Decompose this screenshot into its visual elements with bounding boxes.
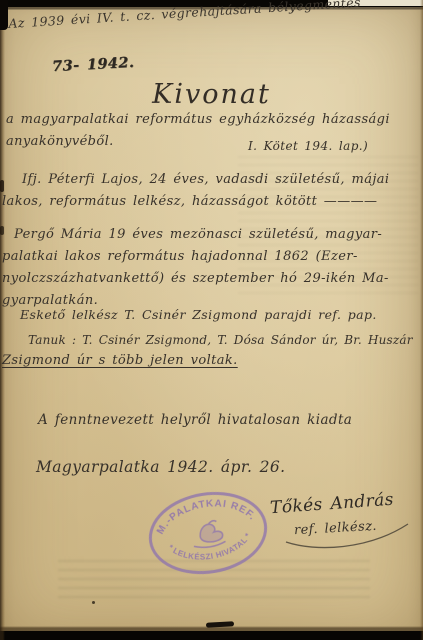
place-date-line: Magyarpalatka 1942. ápr. 26. — [36, 458, 285, 476]
witnesses-line: Tanuk : T. Csinér Zsigmond, T. Dósa Sánd… — [28, 333, 413, 347]
scan-edge-mark — [0, 226, 4, 235]
bride-record-line: Pergő Mária 19 éves mezönasci születésű,… — [14, 227, 382, 242]
signature-flourish — [282, 516, 414, 558]
scan-edge-bottom — [0, 626, 423, 640]
ink-dot — [92, 601, 95, 604]
signature-name: Tőkés András — [269, 490, 394, 519]
officiant-line: Eskető lelkész T. Csinér Zsigmond parajd… — [20, 307, 377, 322]
witnesses-line: Zsigmond úr s több jelen voltak. — [2, 353, 238, 368]
scanned-document: Az 1939 évi IV. t. cz. végrehajtására bé… — [0, 0, 423, 640]
register-source-line1: a magyarpalatkai református egyházközség… — [6, 112, 390, 127]
groom-record-line: lakos, református lelkész, házasságot kö… — [2, 194, 377, 209]
register-source-line2: anyakönyvéből. — [6, 134, 114, 149]
document-title: Kivonat — [0, 79, 423, 110]
scan-edge-mark — [0, 180, 4, 192]
file-number: 73- 1942. — [52, 54, 135, 75]
pelican-emblem-icon — [190, 519, 226, 549]
bride-record-line: gyarpalatkán. — [2, 293, 98, 308]
bride-record-line: palatkai lakos református hajadonnal 186… — [2, 249, 358, 264]
bride-record-line: nyolczszázhatvankettő) és szeptember hó … — [2, 271, 389, 286]
volume-page-reference: I. Kötet 194. lap.) — [248, 139, 368, 153]
closing-statement: A fenntnevezett helyről hivatalosan kiad… — [38, 412, 352, 428]
parish-office-stamp: M.-PALATKAI REF. * LELKÉSZI HIVATAL * — [140, 481, 276, 585]
scan-corner-shadow — [0, 0, 8, 30]
groom-record-line: Ifj. Péterfi Lajos, 24 éves, vadasdi szü… — [22, 172, 390, 187]
